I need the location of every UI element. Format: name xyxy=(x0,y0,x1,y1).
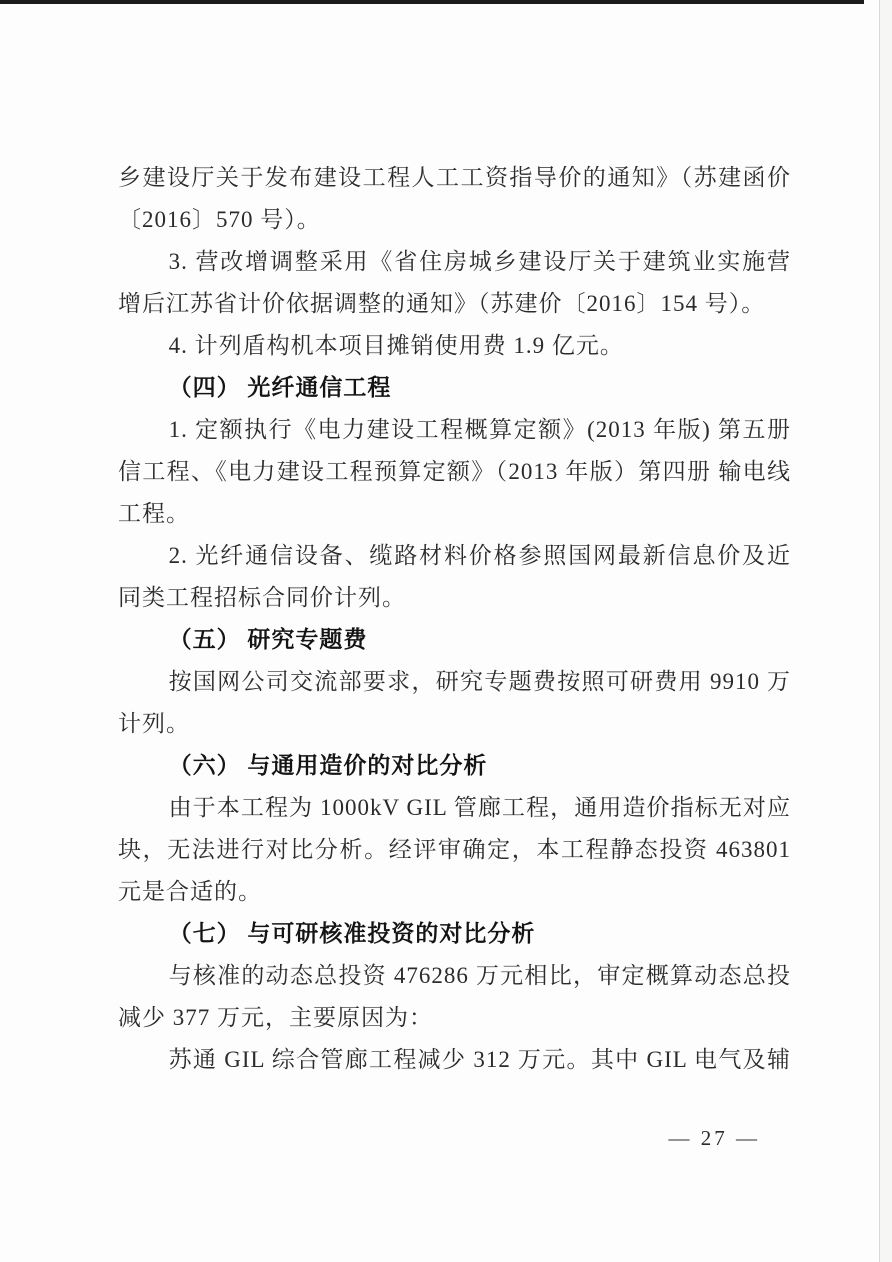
text-line: 工程。 xyxy=(118,493,791,535)
scanned-document-page: 乡建设厅关于发布建设工程人工工资指导价的通知》（苏建函价 〔2016〕570 号… xyxy=(0,0,892,1262)
text-line: 元是合适的。 xyxy=(118,871,791,913)
text-line: 乡建设厅关于发布建设工程人工工资指导价的通知》（苏建函价 xyxy=(118,157,791,199)
text-line: 与核准的动态总投资 476286 万元相比，审定概算动态总投资 xyxy=(118,955,791,997)
text-line: 计列。 xyxy=(118,703,791,745)
text-line: 信工程、《电力建设工程预算定额》（2013 年版）第四册 输电线路 xyxy=(118,451,791,493)
document-body: 乡建设厅关于发布建设工程人工工资指导价的通知》（苏建函价 〔2016〕570 号… xyxy=(118,157,791,1081)
text-line: 按国网公司交流部要求，研究专题费按照可研费用 9910 万元 xyxy=(118,661,791,703)
section-heading: （七） 与可研核准投资的对比分析 xyxy=(118,913,791,955)
text-line: 〔2016〕570 号）。 xyxy=(118,199,791,241)
text-line: 1. 定额执行《电力建设工程概算定额》(2013 年版) 第五册 通 xyxy=(118,409,791,451)
text-line: 2. 光纤通信设备、缆路材料价格参照国网最新信息价及近期 xyxy=(118,535,791,577)
text-line: 苏通 GIL 综合管廊工程减少 312 万元。其中 GIL 电气及辅助 xyxy=(118,1039,791,1081)
text-line: 4. 计列盾构机本项目摊销使用费 1.9 亿元。 xyxy=(118,325,791,367)
text-line: 由于本工程为 1000kV GIL 管廊工程，通用造价指标无对应模 xyxy=(118,787,791,829)
text-line: 同类工程招标合同价计列。 xyxy=(118,577,791,619)
page-number: — 27 — xyxy=(669,1124,761,1152)
scan-edge-artifact-right xyxy=(879,0,880,1262)
text-line: 块，无法进行对比分析。经评审确定，本工程静态投资 463801 万 xyxy=(118,829,791,871)
scan-edge-artifact-top xyxy=(0,0,864,4)
text-line: 3. 营改增调整采用《省住房城乡建设厅关于建筑业实施营改 xyxy=(118,241,791,283)
text-line: 减少 377 万元，主要原因为： xyxy=(118,997,791,1039)
text-line: 增后江苏省计价依据调整的通知》（苏建价〔2016〕154 号）。 xyxy=(118,283,791,325)
section-heading: （四） 光纤通信工程 xyxy=(118,367,791,409)
scan-margin-right xyxy=(880,0,892,1262)
section-heading: （五） 研究专题费 xyxy=(118,619,791,661)
section-heading: （六） 与通用造价的对比分析 xyxy=(118,745,791,787)
